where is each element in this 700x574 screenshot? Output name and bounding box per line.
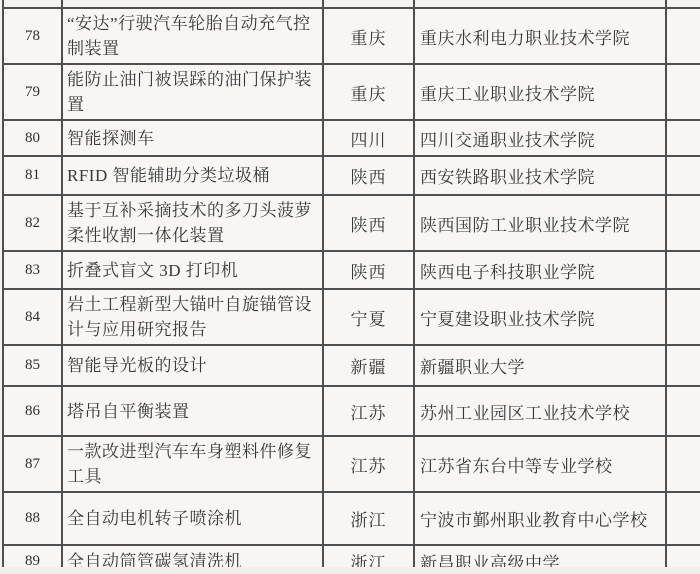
- table-row: 81 RFID 智能辅助分类垃圾桶 陕西 西安铁路职业技术学院: [3, 156, 700, 195]
- institution-cell: 四川交通职业技术学院: [414, 120, 666, 156]
- province-cell: 新疆: [323, 345, 414, 386]
- empty-cell: [666, 195, 700, 251]
- institution-cell: 江苏省东台中等专业学校: [414, 436, 666, 492]
- table-row: 80 智能探测车 四川 四川交通职业技术学院: [3, 120, 700, 156]
- empty-cell: [666, 345, 700, 386]
- rank-cell: 81: [3, 156, 62, 195]
- project-name-cell: 智能导光板的设计: [62, 345, 323, 386]
- province-cell: 重庆: [323, 64, 414, 120]
- project-name-cell: 能防止油门被误踩的油门保护装置: [62, 64, 323, 120]
- project-name-cell: 智能探测车: [62, 120, 323, 156]
- page-bottom-margin: [0, 567, 700, 574]
- rank-cell: 84: [3, 289, 62, 345]
- project-name-cell: 塔吊自平衡装置: [62, 386, 323, 436]
- empty-cell: [666, 289, 700, 345]
- table-row: 82 基于互补采摘技术的多刀头菠萝柔性收割一体化装置 陕西 陕西国防工业职业技术…: [3, 195, 700, 251]
- institution-cell: 宁波市鄞州职业教育中心学校: [414, 492, 666, 545]
- awards-table: 78 “安达”行驶汽车轮胎自动充气控制装置 重庆 重庆水利电力职业技术学院 79…: [2, 0, 700, 574]
- province-cell: 陕西: [323, 251, 414, 289]
- empty-cell: [666, 0, 700, 8]
- institution-cell: 重庆工业职业技术学院: [414, 64, 666, 120]
- project-name-cell: 全自动电机转子喷涂机: [62, 492, 323, 545]
- institution-cell: 重庆水利电力职业技术学院: [414, 8, 666, 64]
- province-cell: 江苏: [323, 386, 414, 436]
- table-row: 83 折叠式盲文 3D 打印机 陕西 陕西电子科技职业学院: [3, 251, 700, 289]
- rank-cell: [3, 0, 62, 8]
- institution-cell: 新疆职业大学: [414, 345, 666, 386]
- partial-row-top: [3, 0, 700, 8]
- table-row: 79 能防止油门被误踩的油门保护装置 重庆 重庆工业职业技术学院: [3, 64, 700, 120]
- province-cell: 江苏: [323, 436, 414, 492]
- project-name-cell: 岩土工程新型大锚叶自旋锚管设计与应用研究报告: [62, 289, 323, 345]
- project-name-cell: [62, 0, 323, 8]
- institution-cell: 西安铁路职业技术学院: [414, 156, 666, 195]
- table-row: 85 智能导光板的设计 新疆 新疆职业大学: [3, 345, 700, 386]
- empty-cell: [666, 156, 700, 195]
- scanned-document-page: { "style": { "paper_color": "#f3f2f0", "…: [0, 0, 700, 574]
- institution-cell: 宁夏建设职业技术学院: [414, 289, 666, 345]
- rank-cell: 85: [3, 345, 62, 386]
- rank-cell: 82: [3, 195, 62, 251]
- project-name-cell: 一款改进型汽车车身塑料件修复工具: [62, 436, 323, 492]
- rank-cell: 83: [3, 251, 62, 289]
- rank-cell: 86: [3, 386, 62, 436]
- rank-cell: 87: [3, 436, 62, 492]
- empty-cell: [666, 386, 700, 436]
- empty-cell: [666, 120, 700, 156]
- table-row: 87 一款改进型汽车车身塑料件修复工具 江苏 江苏省东台中等专业学校: [3, 436, 700, 492]
- empty-cell: [666, 492, 700, 545]
- institution-cell: 陕西电子科技职业学院: [414, 251, 666, 289]
- table-row: 78 “安达”行驶汽车轮胎自动充气控制装置 重庆 重庆水利电力职业技术学院: [3, 8, 700, 64]
- rank-cell: 88: [3, 492, 62, 545]
- empty-cell: [666, 251, 700, 289]
- empty-cell: [666, 436, 700, 492]
- project-name-cell: 折叠式盲文 3D 打印机: [62, 251, 323, 289]
- province-cell: 重庆: [323, 8, 414, 64]
- province-cell: [323, 0, 414, 8]
- rank-cell: 80: [3, 120, 62, 156]
- project-name-cell: RFID 智能辅助分类垃圾桶: [62, 156, 323, 195]
- table-row: 84 岩土工程新型大锚叶自旋锚管设计与应用研究报告 宁夏 宁夏建设职业技术学院: [3, 289, 700, 345]
- institution-cell: [414, 0, 666, 8]
- province-cell: 陕西: [323, 195, 414, 251]
- empty-cell: [666, 8, 700, 64]
- institution-cell: 苏州工业园区工业技术学校: [414, 386, 666, 436]
- province-cell: 陕西: [323, 156, 414, 195]
- institution-cell: 陕西国防工业职业技术学院: [414, 195, 666, 251]
- empty-cell: [666, 64, 700, 120]
- table-row: 86 塔吊自平衡装置 江苏 苏州工业园区工业技术学校: [3, 386, 700, 436]
- rank-cell: 78: [3, 8, 62, 64]
- province-cell: 宁夏: [323, 289, 414, 345]
- project-name-cell: 基于互补采摘技术的多刀头菠萝柔性收割一体化装置: [62, 195, 323, 251]
- province-cell: 四川: [323, 120, 414, 156]
- rank-cell: 79: [3, 64, 62, 120]
- table-scan-region: 78 “安达”行驶汽车轮胎自动充气控制装置 重庆 重庆水利电力职业技术学院 79…: [2, 0, 700, 574]
- table-row: 88 全自动电机转子喷涂机 浙江 宁波市鄞州职业教育中心学校: [3, 492, 700, 545]
- project-name-cell: “安达”行驶汽车轮胎自动充气控制装置: [62, 8, 323, 64]
- province-cell: 浙江: [323, 492, 414, 545]
